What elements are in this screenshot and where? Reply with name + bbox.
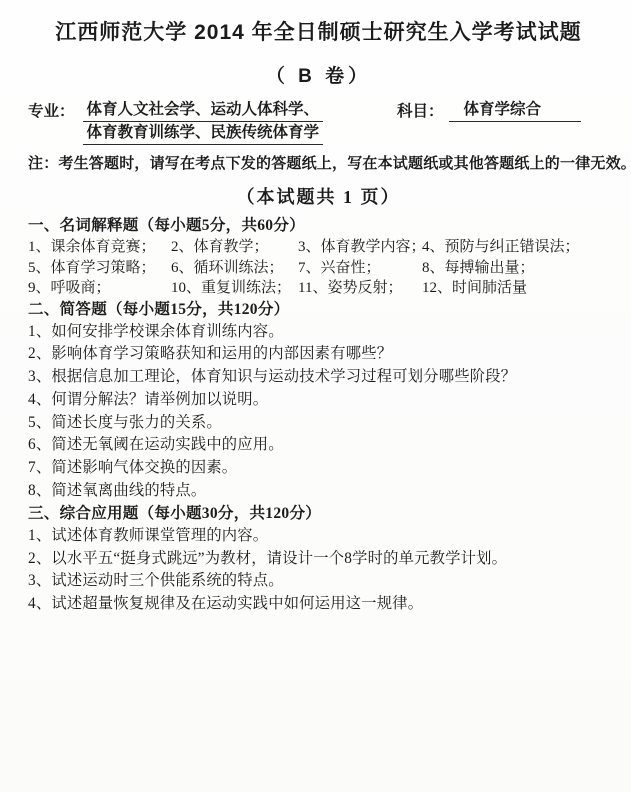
- term-item: 9、呼吸商；: [28, 278, 171, 299]
- term-item: 11、姿势反射；: [298, 278, 422, 299]
- term-item: 2、体育教学；: [171, 237, 298, 258]
- question-line: 3、试述运动时三个供能系统的特点。: [28, 570, 609, 593]
- exam-paper-page: 江西师范大学 2014 年全日制硕士研究生入学考试试题 （ B 卷） 专业： 体…: [0, 0, 631, 792]
- term-item: 6、循环训练法；: [171, 258, 298, 279]
- question-line: 2、以水平五“挺身式跳远”为教材，请设计一个8学时的单元教学计划。: [28, 548, 609, 571]
- term-item: 10、重复训练法；: [171, 278, 298, 299]
- question-line: 4、何谓分解法？请举例加以说明。: [28, 389, 609, 412]
- answer-sheet-note: 注：考生答题时，请写在考点下发的答题纸上，写在本试题纸或其他答题纸上的一律无效。: [28, 152, 609, 173]
- section-1-terms-grid: 1、课余体育竞赛； 2、体育教学； 3、体育教学内容； 4、预防与纠正错误法； …: [28, 237, 609, 299]
- term-item: 7、兴奋性；: [298, 258, 422, 279]
- term-item: 1、课余体育竞赛；: [28, 237, 171, 258]
- question-line: 6、简述无氧阈在运动实践中的应用。: [28, 434, 609, 457]
- section-3-title: 三、综合应用题（每小题30分，共120分）: [28, 503, 609, 525]
- subject-field: 科目： 体育学综合: [397, 99, 581, 122]
- paper-version-label: （ B 卷）: [28, 61, 609, 88]
- major-value-line2: 体育教育训练学、民族传统体育学: [83, 122, 324, 145]
- term-item: 12、时间肺活量: [422, 278, 609, 299]
- subject-label: 科目：: [397, 99, 444, 121]
- question-line: 2、影响体育学习策略获知和运用的内部因素有哪些？: [28, 343, 609, 366]
- question-line: 8、简述氧离曲线的特点。: [28, 480, 609, 503]
- major-value-line1: 体育人文社会学、运动人体科学、: [83, 99, 324, 122]
- major-label: 专业：: [28, 99, 75, 121]
- question-line: 5、简述长度与张力的关系。: [28, 412, 609, 435]
- section-2-questions: 1、如何安排学校课余体育训练内容。 2、影响体育学习策略获知和运用的内部因素有哪…: [28, 321, 609, 503]
- term-item: 4、预防与纠正错误法；: [422, 237, 609, 258]
- question-line: 1、试述体育教师课堂管理的内容。: [28, 525, 609, 548]
- section-2-title: 二、简答题（每小题15分，共120分）: [28, 299, 609, 321]
- question-line: 4、试述超量恢复规律及在运动实践中如何运用这一规律。: [28, 593, 609, 616]
- subject-value: 体育学综合: [449, 99, 581, 122]
- question-line: 7、简述影响气体交换的因素。: [28, 457, 609, 480]
- exam-meta-row: 专业： 体育人文社会学、运动人体科学、 体育教育训练学、民族传统体育学 科目： …: [28, 99, 609, 145]
- question-line: 3、根据信息加工理论，体育知识与运动技术学习过程可划分哪些阶段？: [28, 366, 609, 389]
- section-3-questions: 1、试述体育教师课堂管理的内容。 2、以水平五“挺身式跳远”为教材，请设计一个8…: [28, 525, 609, 616]
- exam-title: 江西师范大学 2014 年全日制硕士研究生入学考试试题: [28, 16, 609, 46]
- major-value: 体育人文社会学、运动人体科学、 体育教育训练学、民族传统体育学: [83, 99, 324, 145]
- term-item: 5、体育学习策略；: [28, 258, 171, 279]
- term-item: 3、体育教学内容；: [298, 237, 422, 258]
- major-field: 专业： 体育人文社会学、运动人体科学、 体育教育训练学、民族传统体育学: [28, 99, 323, 145]
- term-item: 8、每搏输出量；: [422, 258, 609, 279]
- section-1-title: 一、名词解释题（每小题5分，共60分）: [28, 215, 609, 237]
- question-line: 1、如何安排学校课余体育训练内容。: [28, 321, 609, 344]
- page-count-label: （本试题共 1 页）: [28, 183, 609, 209]
